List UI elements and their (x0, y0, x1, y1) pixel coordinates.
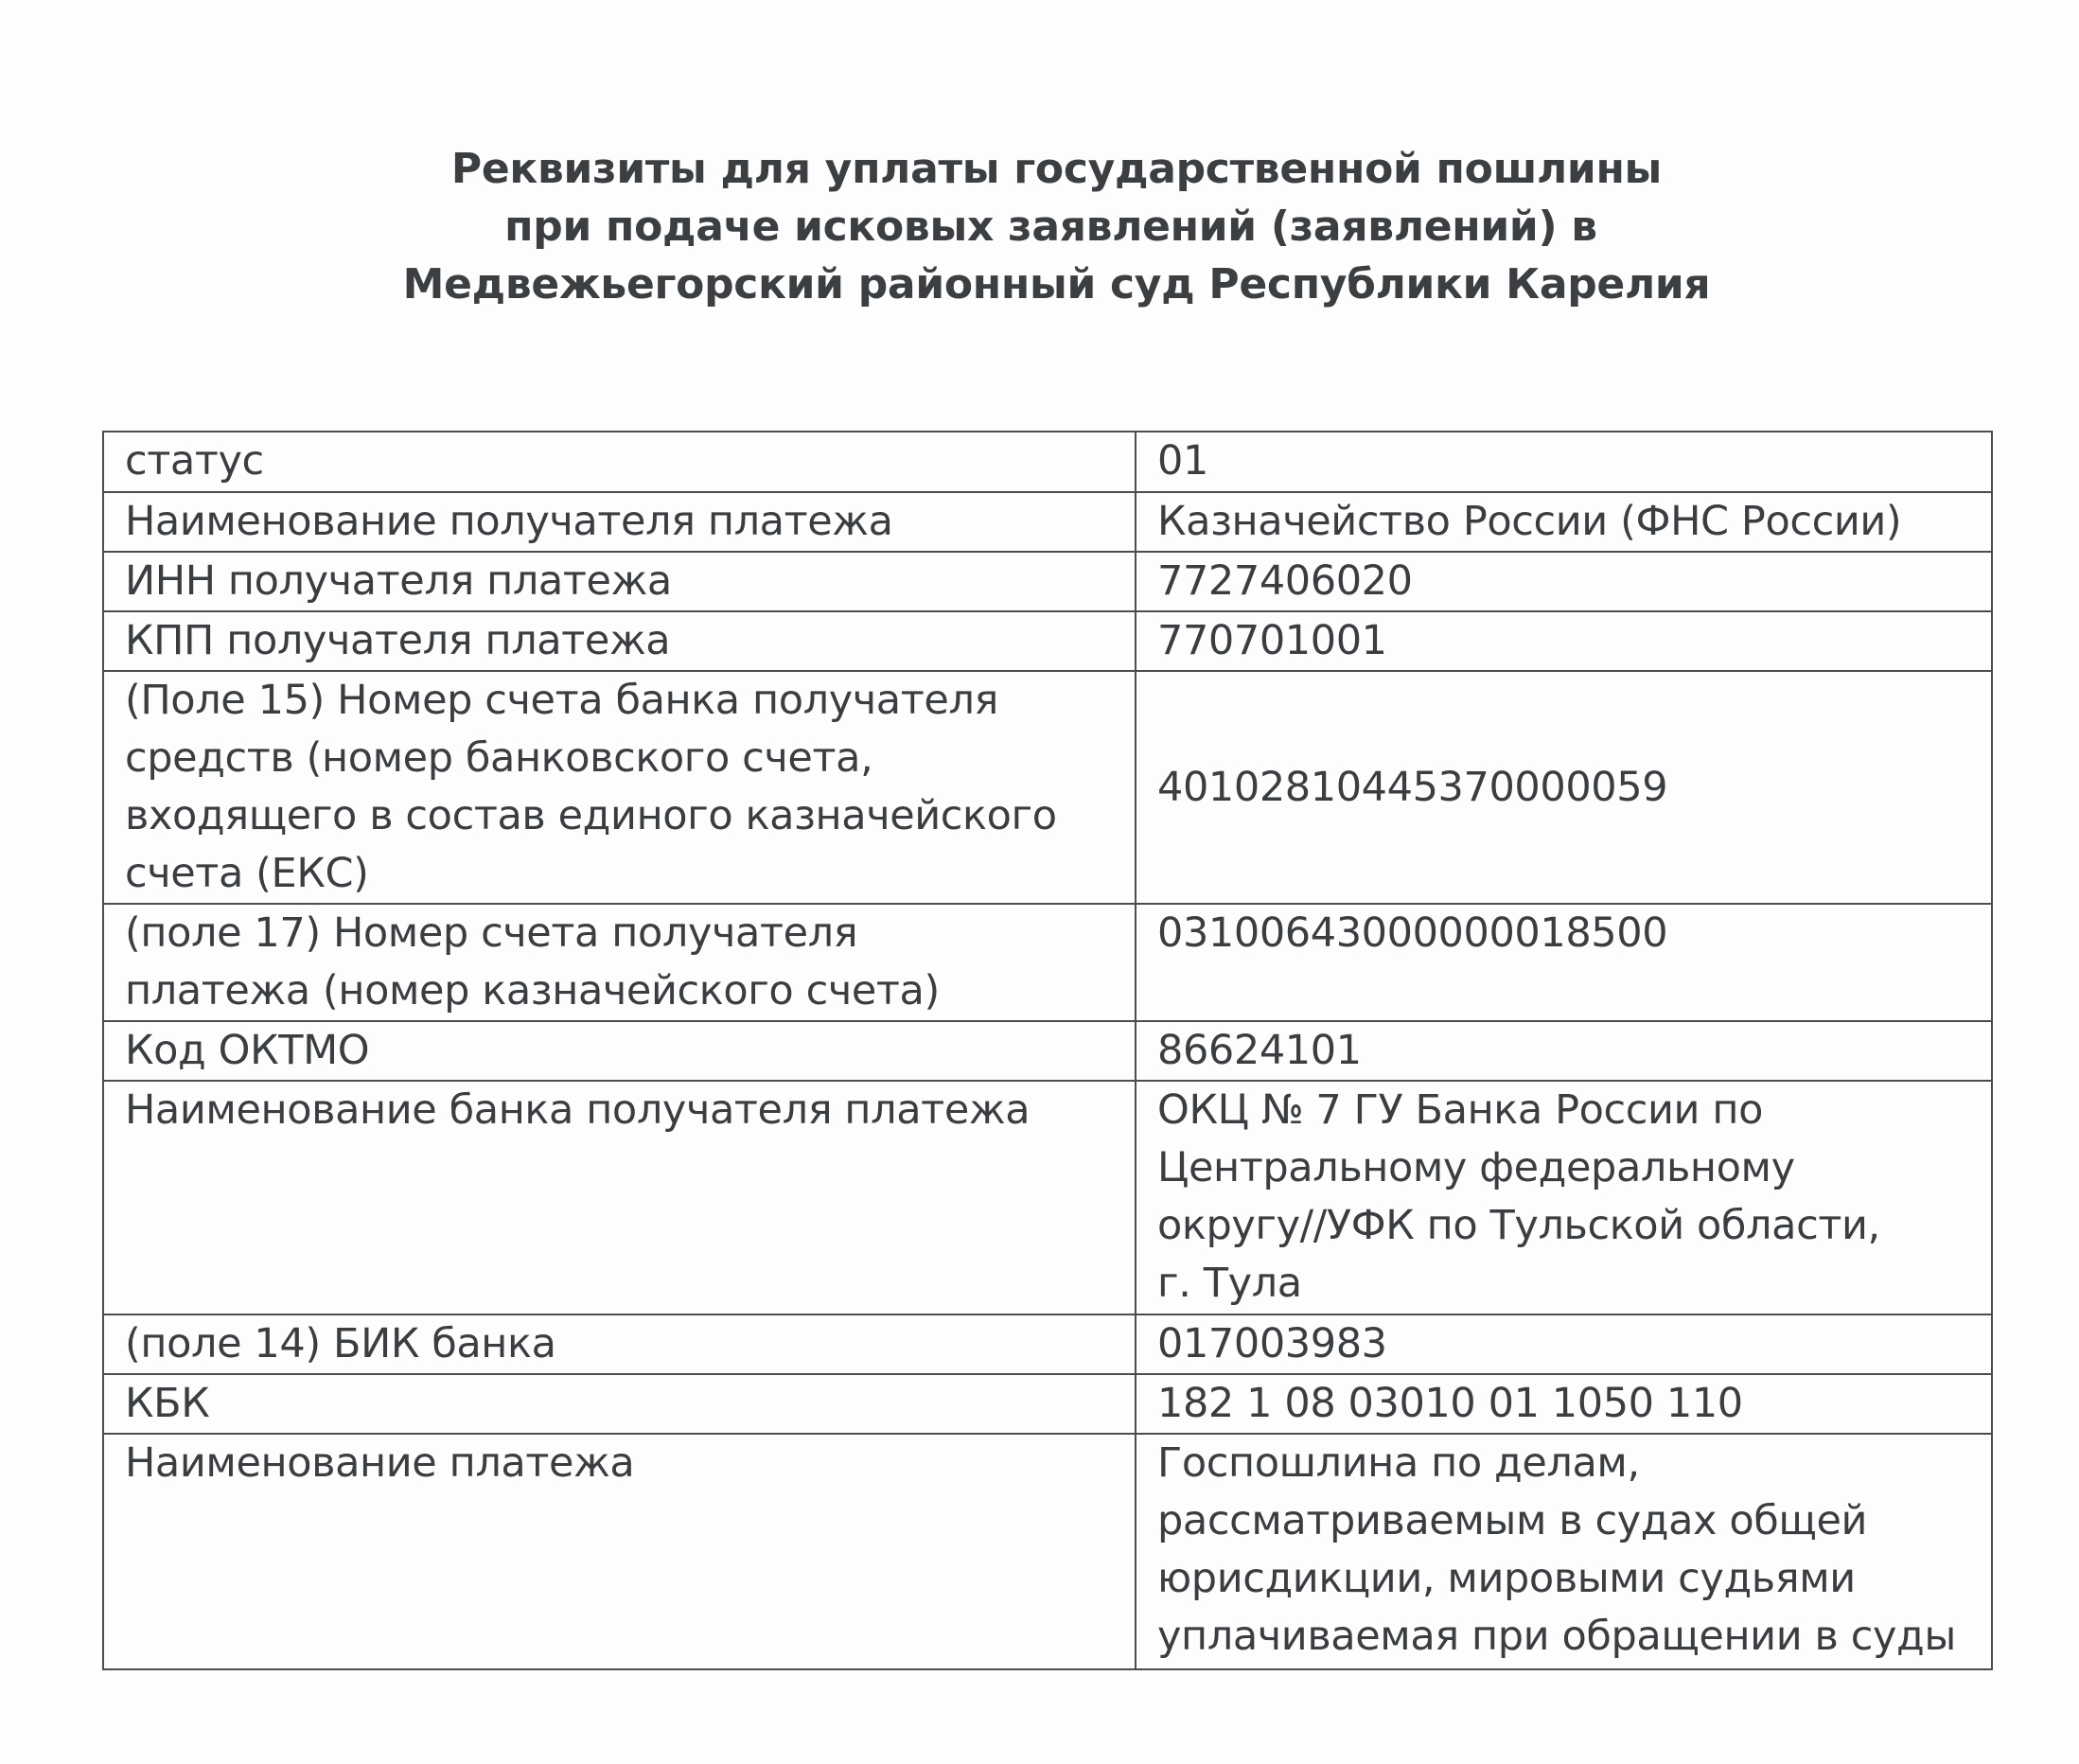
payment-details-table: статус 01 Наименование получателя платеж… (102, 431, 1993, 1670)
table-row-oktmo: Код ОКТМО 86624101 (103, 1021, 1992, 1081)
table-row-bank-name: Наименование банка получателя платежа ОК… (103, 1081, 1992, 1314)
row-label: КБК (103, 1374, 1136, 1434)
row-label: Наименование платежа (103, 1434, 1136, 1669)
row-value: 017003983 (1136, 1314, 1992, 1374)
row-label: статус (103, 432, 1136, 492)
table-row-field-14-bik: (поле 14) БИК банка 017003983 (103, 1314, 1992, 1374)
row-label: (поле 14) БИК банка (103, 1314, 1136, 1374)
table-row-field-15-eks: (Поле 15) Номер счета банка получателя с… (103, 671, 1992, 904)
row-value: 770701001 (1136, 611, 1992, 671)
row-value: 40102810445370000059 (1136, 671, 1992, 904)
table-row-payment-name: Наименование платежа Госпошлина по делам… (103, 1434, 1992, 1669)
row-value: 7727406020 (1136, 552, 1992, 611)
title-line-3: Медвежьегорский районный суд Республики … (0, 256, 2079, 313)
row-label: Код ОКТМО (103, 1021, 1136, 1081)
row-value: Госпошлина по делам, рассматриваемым в с… (1136, 1434, 1992, 1669)
row-value: 01 (1136, 432, 1992, 492)
table-row-kbk: КБК 182 1 08 03010 01 1050 110 (103, 1374, 1992, 1434)
table-row-status: статус 01 (103, 432, 1992, 492)
row-value: 03100643000000018500 (1136, 904, 1992, 1021)
row-label: ИНН получателя платежа (103, 552, 1136, 611)
table-row-recipient-name: Наименование получателя платежа Казначей… (103, 492, 1992, 552)
row-label: КПП получателя платежа (103, 611, 1136, 671)
row-value: 182 1 08 03010 01 1050 110 (1136, 1374, 1992, 1434)
row-label: (Поле 15) Номер счета банка получателя с… (103, 671, 1136, 904)
row-label: Наименование банка получателя платежа (103, 1081, 1136, 1314)
table-row-field-17-treasury-account: (поле 17) Номер счета получателя платежа… (103, 904, 1992, 1021)
document-title: Реквизиты для уплаты государственной пош… (0, 140, 2079, 313)
title-line-1: Реквизиты для уплаты государственной пош… (0, 140, 2079, 198)
row-value: ОКЦ № 7 ГУ Банка России по Центральному … (1136, 1081, 1992, 1314)
table-row-kpp: КПП получателя платежа 770701001 (103, 611, 1992, 671)
title-line-2: при подаче исковых заявлений (заявлений)… (0, 198, 2079, 256)
row-value: Казначейство России (ФНС России) (1136, 492, 1992, 552)
row-label: Наименование получателя платежа (103, 492, 1136, 552)
row-value: 86624101 (1136, 1021, 1992, 1081)
table-row-inn: ИНН получателя платежа 7727406020 (103, 552, 1992, 611)
row-label: (поле 17) Номер счета получателя платежа… (103, 904, 1136, 1021)
